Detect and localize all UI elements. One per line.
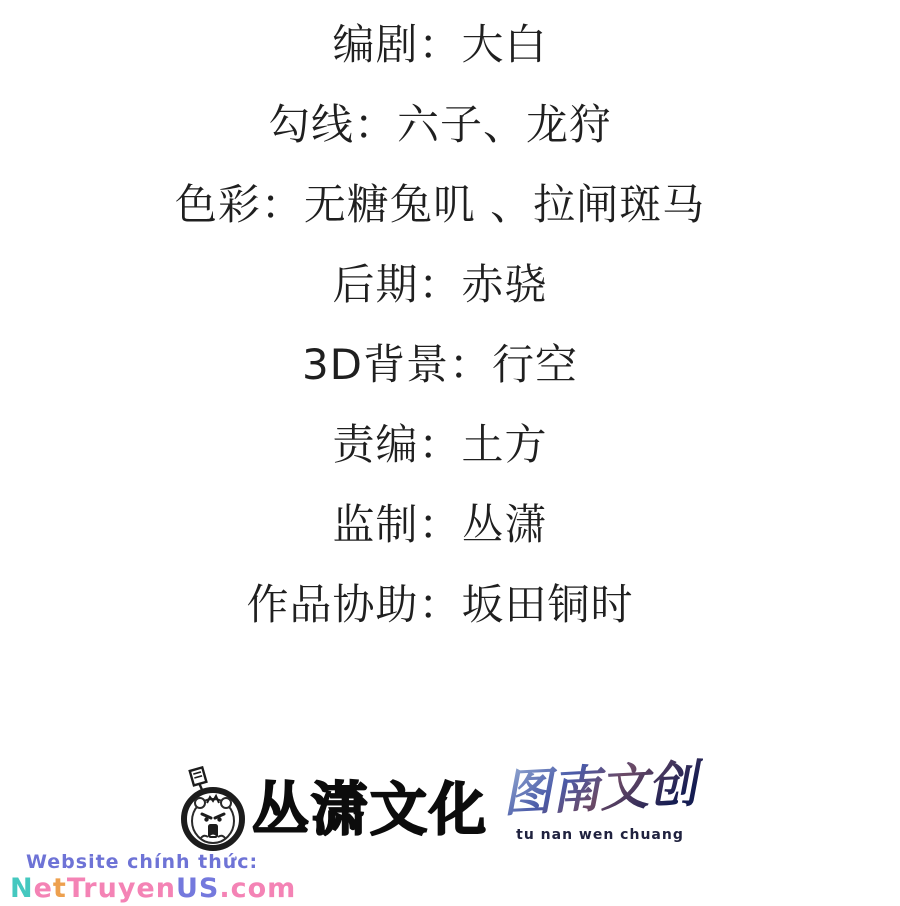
credits-page: 编剧：大白 勾线：六子、龙狩 色彩：无糖兔叽 、拉闸斑马 后期：赤骁 3D背景：… bbox=[0, 0, 900, 906]
credit-line-color: 色彩：无糖兔叽 、拉闸斑马 bbox=[0, 162, 880, 242]
site-segment: .com bbox=[219, 873, 296, 904]
congxiao-logo-text: 丛潇文化 bbox=[252, 782, 488, 839]
credit-line-lineart: 勾线：六子、龙狩 bbox=[0, 82, 880, 162]
watermark-official-label: Website chính thức: bbox=[26, 853, 296, 872]
congxiao-culture-logo: 丛潇文化 bbox=[178, 766, 488, 854]
site-segment: e bbox=[34, 873, 53, 904]
credit-line-editor: 责编：土方 bbox=[0, 402, 880, 482]
site-segment: t bbox=[53, 873, 67, 904]
credit-line-assistance: 作品协助：坂田铜时 bbox=[0, 562, 880, 642]
credit-line-screenwriter: 编剧：大白 bbox=[0, 2, 880, 82]
svg-text:图南文创: 图南文创 bbox=[501, 755, 703, 824]
watermark: Website chính thức: NetTruyenUS.com bbox=[10, 853, 296, 902]
site-segment: N bbox=[10, 873, 34, 904]
credit-line-postproduction: 后期：赤骁 bbox=[0, 242, 880, 322]
tunan-calligraphy: 图南文创 bbox=[497, 752, 703, 828]
credits-list: 编剧：大白 勾线：六子、龙狩 色彩：无糖兔叽 、拉闸斑马 后期：赤骁 3D背景：… bbox=[0, 2, 880, 642]
tunan-wenchuang-logo: 图南文创 tu nan wen chuang bbox=[496, 752, 704, 842]
credit-line-3d-background: 3D背景：行空 bbox=[0, 322, 880, 402]
studio-logos: 丛潇文化 图南文创 tu nan wen chuang bbox=[0, 750, 900, 865]
tunan-romanization: tu nan wen chuang bbox=[496, 828, 704, 842]
credit-line-supervisor: 监制：丛潇 bbox=[0, 482, 880, 562]
watermark-site-name: NetTruyenUS.com bbox=[10, 875, 296, 902]
site-segment: US bbox=[176, 873, 219, 904]
site-segment: Truyen bbox=[67, 873, 176, 904]
mascot-icon bbox=[178, 766, 246, 854]
